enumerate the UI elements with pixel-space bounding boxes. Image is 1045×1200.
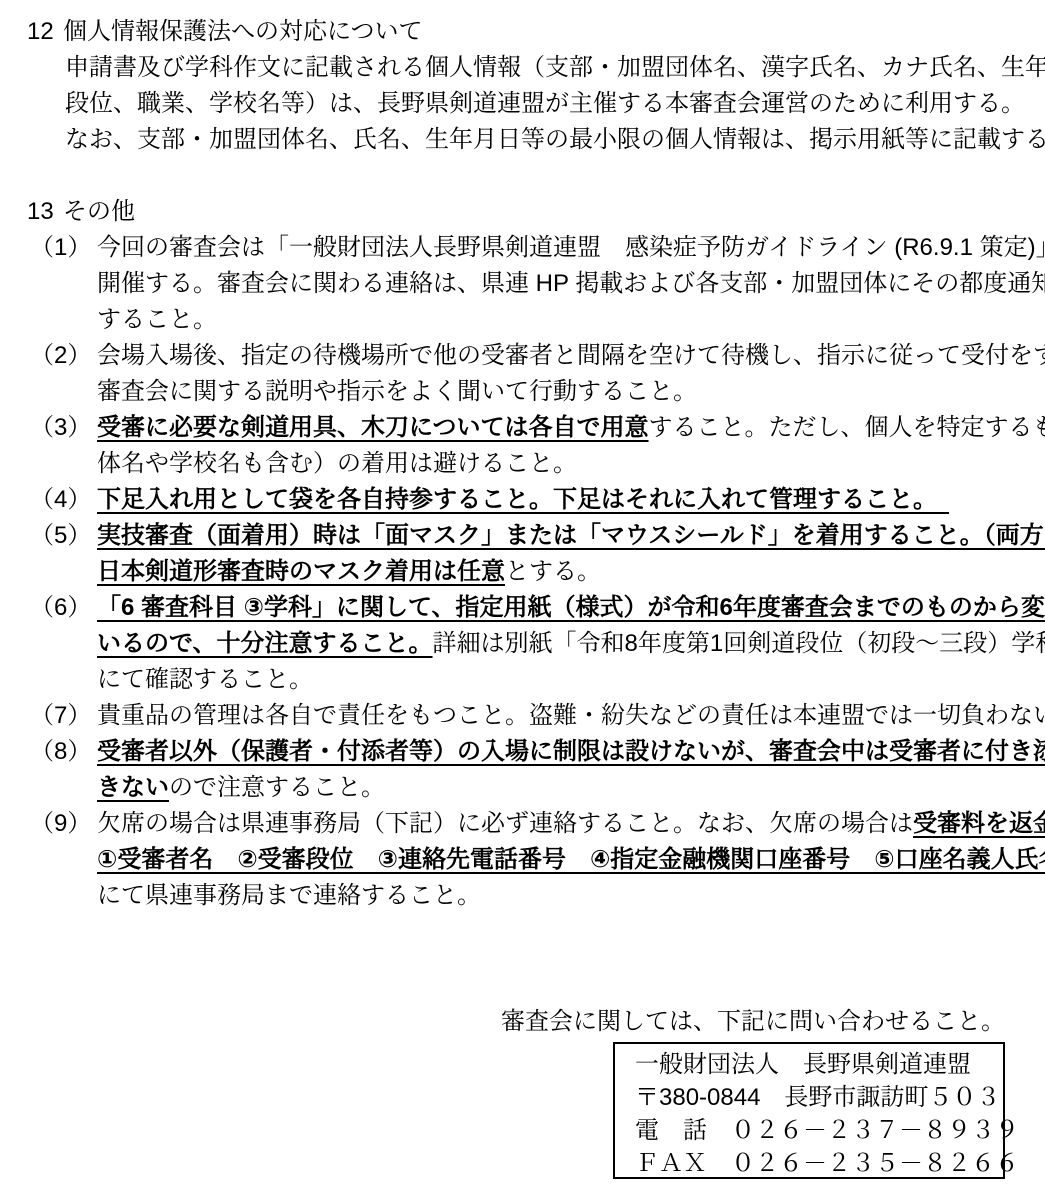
- item-text: 受審者以外（保護者・付添者等）の入場に制限は設けないが、審査会中は受審者に付き添…: [97, 734, 1045, 806]
- text-segment: にて県連事務局まで連絡すること。: [97, 882, 481, 909]
- item-number: （5）: [30, 518, 97, 590]
- item-text: 貴重品の管理は各自で責任をもつこと。盗難・紛失などの責任は本連盟では一切負わない…: [97, 698, 1045, 734]
- text-line: 日本剣道形審査時のマスク着用は任意とする。: [97, 554, 1045, 590]
- text-line: 貴重品の管理は各自で責任をもつこと。盗難・紛失などの責任は本連盟では一切負わない…: [97, 698, 1045, 734]
- section-12-number: 12: [27, 14, 63, 50]
- text-segment: 体名や学校名も含む）の着用は避けること。: [97, 450, 577, 477]
- section-13-number: 13: [27, 194, 63, 230]
- section-12-heading: 12 個人情報保護法への対応について: [27, 14, 1045, 50]
- text-segment: なお、支部・加盟団体名、氏名、生年月日等の最小限の個人情報は、掲示用紙等に記載す…: [65, 126, 1045, 153]
- section-13-title: その他: [63, 194, 135, 230]
- text-line: すること。: [97, 302, 1045, 338]
- text-segment: 「6 審査科目 ③学科」に関して、指定用紙（様式）が令和6年度審査会までのものか…: [97, 594, 1045, 621]
- list-item: （3）受審に必要な剣道用具、木刀については各自で用意すること。ただし、個人を特定…: [30, 410, 1045, 482]
- item-number: （7）: [30, 698, 97, 734]
- contact-box: 一般財団法人 長野県剣道連盟〒380-0844 長野市諏訪町５０３電 話 ０２６…: [613, 1042, 1005, 1179]
- text-segment: 貴重品の管理は各自で責任をもつこと。盗難・紛失などの責任は本連盟では一切負わない…: [97, 702, 1045, 729]
- text-line: 申請書及び学科作文に記載される個人情報（支部・加盟団体名、漢字氏名、カナ氏名、生…: [65, 50, 1045, 86]
- text-line: 〒380-0844 長野市諏訪町５０３: [635, 1081, 1003, 1114]
- item-text: 下足入れ用として袋を各自持参すること。下足はそれに入れて管理すること。: [97, 482, 1045, 518]
- text-line: 実技審査（面着用）時は「面マスク」または「マウスシールド」を着用すること。（両方…: [97, 518, 1045, 554]
- text-segment: 日本剣道形審査時のマスク着用は任意: [97, 558, 505, 585]
- text-line: 欠席の場合は県連事務局（下記）に必ず連絡すること。なお、欠席の場合は受審料を返金…: [97, 806, 1045, 842]
- text-segment: きない: [97, 774, 169, 801]
- text-line: 審査会に関する説明や指示をよく聞いて行動すること。: [97, 374, 1045, 410]
- text-segment: 申請書及び学科作文に記載される個人情報（支部・加盟団体名、漢字氏名、カナ氏名、生…: [65, 54, 1045, 81]
- item-text: 実技審査（面着用）時は「面マスク」または「マウスシールド」を着用すること。（両方…: [97, 518, 1045, 590]
- text-segment: 開催する。審査会に関わる連絡は、県連 HP 掲載および各支部・加盟団体にその都度…: [97, 270, 1045, 297]
- text-segment: ①受審者名 ②受審段位 ③連絡先電話番号 ④指定金融機関口座番号 ⑤口座名義人氏…: [97, 846, 1045, 873]
- text-segment: にて確認すること。: [97, 666, 313, 693]
- item-text: 「6 審査科目 ③学科」に関して、指定用紙（様式）が令和6年度審査会までのものか…: [97, 590, 1045, 698]
- text-segment: 一般財団法人 長野県剣道連盟: [635, 1051, 971, 1078]
- section-12: 12 個人情報保護法への対応について 申請書及び学科作文に記載される個人情報（支…: [0, 14, 1045, 158]
- list-item: （8）受審者以外（保護者・付添者等）の入場に制限は設けないが、審査会中は受審者に…: [30, 734, 1045, 806]
- text-segment: 下足入れ用として袋を各自持参すること。下足はそれに入れて管理すること。: [97, 486, 949, 513]
- text-segment: 審査会に関する説明や指示をよく聞いて行動すること。: [97, 378, 697, 405]
- text-line: 会場入場後、指定の待機場所で他の受審者と間隔を空けて待機し、指示に従って受付をす…: [97, 338, 1045, 374]
- section-12-title: 個人情報保護法への対応について: [63, 14, 423, 50]
- text-line: 受審者以外（保護者・付添者等）の入場に制限は設けないが、審査会中は受審者に付き添…: [97, 734, 1045, 770]
- contact-section: 審査会に関しては、下記に問い合わせること。 一般財団法人 長野県剣道連盟〒380…: [0, 1004, 1045, 1179]
- document-page: 12 個人情報保護法への対応について 申請書及び学科作文に記載される個人情報（支…: [0, 0, 1045, 1200]
- item-text: 受審に必要な剣道用具、木刀については各自で用意すること。ただし、個人を特定するも…: [97, 410, 1045, 482]
- text-line: 段位、職業、学校名等）は、長野県剣道連盟が主催する本審査会運営のために利用する。: [65, 86, 1045, 122]
- text-segment: 受審に必要な剣道用具、木刀については各自で用意: [97, 414, 649, 441]
- text-line: 電 話 ０２６－２３７－８９３９: [635, 1114, 1003, 1147]
- text-segment: すること。: [97, 306, 217, 333]
- text-line: にて県連事務局まで連絡すること。: [97, 878, 1045, 914]
- text-segment: 欠席の場合は県連事務局（下記）に必ず連絡すること。なお、欠席の場合は: [97, 810, 913, 837]
- item-number: （4）: [30, 482, 97, 518]
- item-number: （3）: [30, 410, 97, 482]
- text-line: 下足入れ用として袋を各自持参すること。下足はそれに入れて管理すること。: [97, 482, 1045, 518]
- text-line: にて確認すること。: [97, 662, 1045, 698]
- item-number: （2）: [30, 338, 97, 410]
- text-segment: 電 話 ０２６－２３７－８９３９: [635, 1117, 1019, 1144]
- section-13-items: （1）今回の審査会は「一般財団法人長野県剣道連盟 感染症予防ガイドライン (R6…: [0, 230, 1045, 914]
- section-12-body: 申請書及び学科作文に記載される個人情報（支部・加盟団体名、漢字氏名、カナ氏名、生…: [65, 50, 1045, 158]
- text-segment: ＦＡＸ ０２６－２３５－８２６６: [635, 1150, 1019, 1177]
- text-segment: 実技審査（面着用）時は「面マスク」または「マウスシールド」を着用すること。（両方…: [97, 522, 1045, 549]
- text-line: きないので注意すること。: [97, 770, 1045, 806]
- item-text: 今回の審査会は「一般財団法人長野県剣道連盟 感染症予防ガイドライン (R6.9.…: [97, 230, 1045, 338]
- section-13-heading: 13 その他: [27, 194, 1045, 230]
- item-number: （6）: [30, 590, 97, 698]
- list-item: （5）実技審査（面着用）時は「面マスク」または「マウスシールド」を着用すること。…: [30, 518, 1045, 590]
- section-13: 13 その他 （1）今回の審査会は「一般財団法人長野県剣道連盟 感染症予防ガイド…: [0, 194, 1045, 914]
- list-item: （4）下足入れ用として袋を各自持参すること。下足はそれに入れて管理すること。: [30, 482, 1045, 518]
- text-line: なお、支部・加盟団体名、氏名、生年月日等の最小限の個人情報は、掲示用紙等に記載す…: [65, 122, 1045, 158]
- text-line: いるので、十分注意すること。詳細は別紙「令和8年度第1回剣道段位（初段～三段）学…: [97, 626, 1045, 662]
- text-segment: すること。ただし、個人を特定するもの（所属団: [649, 414, 1045, 441]
- list-item: （7）貴重品の管理は各自で責任をもつこと。盗難・紛失などの責任は本連盟では一切負…: [30, 698, 1045, 734]
- text-line: 開催する。審査会に関わる連絡は、県連 HP 掲載および各支部・加盟団体にその都度…: [97, 266, 1045, 302]
- text-segment: 〒380-0844 長野市諏訪町５０３: [635, 1084, 1000, 1111]
- text-segment: 受審料を返金: [913, 810, 1045, 837]
- text-segment: 詳細は別紙「令和8年度第1回剣道段位（初段～三段）学科審査要項」: [433, 630, 1045, 657]
- item-number: （1）: [30, 230, 97, 338]
- text-line: 「6 審査科目 ③学科」に関して、指定用紙（様式）が令和6年度審査会までのものか…: [97, 590, 1045, 626]
- text-segment: 今回の審査会は「一般財団法人長野県剣道連盟 感染症予防ガイドライン (R6.9.…: [97, 234, 1045, 261]
- text-line: ①受審者名 ②受審段位 ③連絡先電話番号 ④指定金融機関口座番号 ⑤口座名義人氏…: [97, 842, 1045, 878]
- item-text: 会場入場後、指定の待機場所で他の受審者と間隔を空けて待機し、指示に従って受付をす…: [97, 338, 1045, 410]
- contact-note: 審査会に関しては、下記に問い合わせること。: [0, 1004, 1005, 1040]
- text-line: 受審に必要な剣道用具、木刀については各自で用意すること。ただし、個人を特定するも…: [97, 410, 1045, 446]
- text-segment: いるので、十分注意すること。: [97, 630, 433, 657]
- list-item: （9）欠席の場合は県連事務局（下記）に必ず連絡すること。なお、欠席の場合は受審料…: [30, 806, 1045, 914]
- list-item: （6）「6 審査科目 ③学科」に関して、指定用紙（様式）が令和6年度審査会までの…: [30, 590, 1045, 698]
- text-line: 今回の審査会は「一般財団法人長野県剣道連盟 感染症予防ガイドライン (R6.9.…: [97, 230, 1045, 266]
- list-item: （2）会場入場後、指定の待機場所で他の受審者と間隔を空けて待機し、指示に従って受…: [30, 338, 1045, 410]
- text-segment: 段位、職業、学校名等）は、長野県剣道連盟が主催する本審査会運営のために利用する。: [65, 90, 1025, 117]
- text-segment: ので注意すること。: [169, 774, 385, 801]
- item-number: （8）: [30, 734, 97, 806]
- list-item: （1）今回の審査会は「一般財団法人長野県剣道連盟 感染症予防ガイドライン (R6…: [30, 230, 1045, 338]
- text-line: ＦＡＸ ０２６－２３５－８２６６: [635, 1147, 1003, 1180]
- text-line: 体名や学校名も含む）の着用は避けること。: [97, 446, 1045, 482]
- item-text: 欠席の場合は県連事務局（下記）に必ず連絡すること。なお、欠席の場合は受審料を返金…: [97, 806, 1045, 914]
- text-segment: 受審者以外（保護者・付添者等）の入場に制限は設けないが、審査会中は受審者に付き添…: [97, 738, 1045, 765]
- text-segment: 会場入場後、指定の待機場所で他の受審者と間隔を空けて待機し、指示に従って受付をす…: [97, 342, 1045, 369]
- item-number: （9）: [30, 806, 97, 914]
- text-line: 一般財団法人 長野県剣道連盟: [635, 1048, 1003, 1081]
- text-segment: とする。: [505, 558, 601, 585]
